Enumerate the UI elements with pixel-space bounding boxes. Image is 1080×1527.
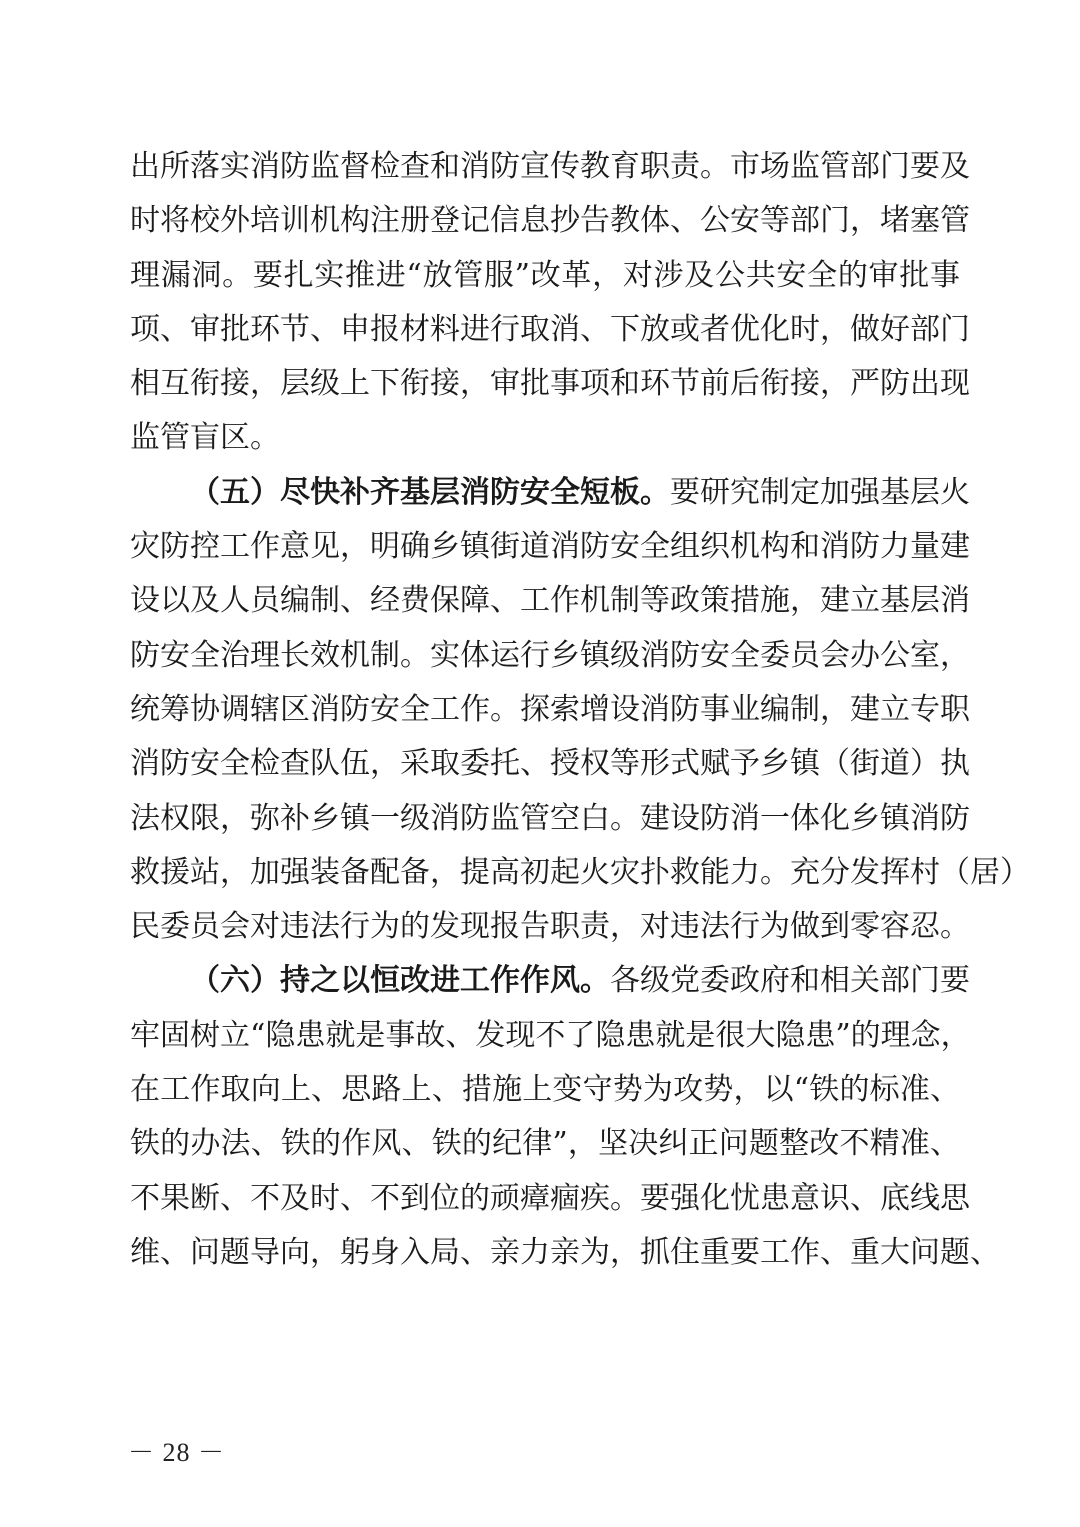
section-6-first-line-rest: 各级党委政府和相关部门要 <box>610 963 970 998</box>
text-line: 理漏洞。要扎实推进“放管服”改革，对涉及公共安全的审批事 <box>130 249 960 303</box>
text-line: 灾防控工作意见，明确乡镇街道消防安全组织机构和消防力量建 <box>130 520 960 574</box>
text-line: 时将校外培训机构注册登记信息抄告教体、公安等部门，堵塞管 <box>130 194 960 248</box>
text-line: 牢固树立“隐患就是事故、发现不了隐患就是很大隐患”的理念， <box>130 1009 960 1063</box>
text-line: 设以及人员编制、经费保障、工作机制等政策措施，建立基层消 <box>130 574 960 628</box>
text-line: 救援站，加强装备配备，提高初起火灾扑救能力。充分发挥村（居） <box>130 846 960 900</box>
paragraph-section-5: （五）尽快补齐基层消防安全短板。要研究制定加强基层火 灾防控工作意见，明确乡镇街… <box>130 466 960 955</box>
text-line: 防安全治理长效机制。实体运行乡镇级消防安全委员会办公室， <box>130 629 960 683</box>
text-line: 法权限，弥补乡镇一级消防监管空白。建设防消一体化乡镇消防 <box>130 792 960 846</box>
paragraph-continuation: 出所落实消防监督检查和消防宣传教育职责。市场监管部门要及 时将校外培训机构注册登… <box>130 140 960 466</box>
text-line: 项、审批环节、申报材料进行取消、下放或者优化时，做好部门 <box>130 303 960 357</box>
document-page: 出所落实消防监督检查和消防宣传教育职责。市场监管部门要及 时将校外培训机构注册登… <box>0 0 1080 1527</box>
text-line: 铁的办法、铁的作风、铁的纪律”，坚决纠正问题整改不精准、 <box>130 1117 960 1171</box>
paragraph-section-6: （六）持之以恒改进工作作风。各级党委政府和相关部门要 牢固树立“隐患就是事故、发… <box>130 954 960 1280</box>
text-line: 维、问题导向，躬身入局、亲力亲为，抓住重要工作、重大问题、 <box>130 1226 960 1280</box>
text-line: 统筹协调辖区消防安全工作。探索增设消防事业编制，建立专职 <box>130 683 960 737</box>
text-line: 相互衔接，层级上下衔接，审批事项和环节前后衔接，严防出现 <box>130 357 960 411</box>
text-line: 民委员会对违法行为的发现报告职责，对违法行为做到零容忍。 <box>130 900 960 954</box>
text-line: 在工作取向上、思路上、措施上变守势为攻势，以“铁的标准、 <box>130 1063 960 1117</box>
page-number: － 28 － <box>128 1432 225 1469</box>
section-5-first-line: （五）尽快补齐基层消防安全短板。要研究制定加强基层火 <box>130 466 960 520</box>
body-text: 出所落实消防监督检查和消防宣传教育职责。市场监管部门要及 时将校外培训机构注册登… <box>130 140 960 1280</box>
text-line: 不果断、不及时、不到位的顽瘴痼疾。要强化忧患意识、底线思 <box>130 1172 960 1226</box>
text-line: 监管盲区。 <box>130 411 960 465</box>
section-5-first-line-rest: 要研究制定加强基层火 <box>670 475 970 510</box>
section-5-heading: （五）尽快补齐基层消防安全短板。 <box>190 475 670 510</box>
text-line: 消防安全检查队伍，采取委托、授权等形式赋予乡镇（街道）执 <box>130 737 960 791</box>
section-6-heading: （六）持之以恒改进工作作风。 <box>190 963 610 998</box>
text-line: 出所落实消防监督检查和消防宣传教育职责。市场监管部门要及 <box>130 140 960 194</box>
section-6-first-line: （六）持之以恒改进工作作风。各级党委政府和相关部门要 <box>130 954 960 1008</box>
